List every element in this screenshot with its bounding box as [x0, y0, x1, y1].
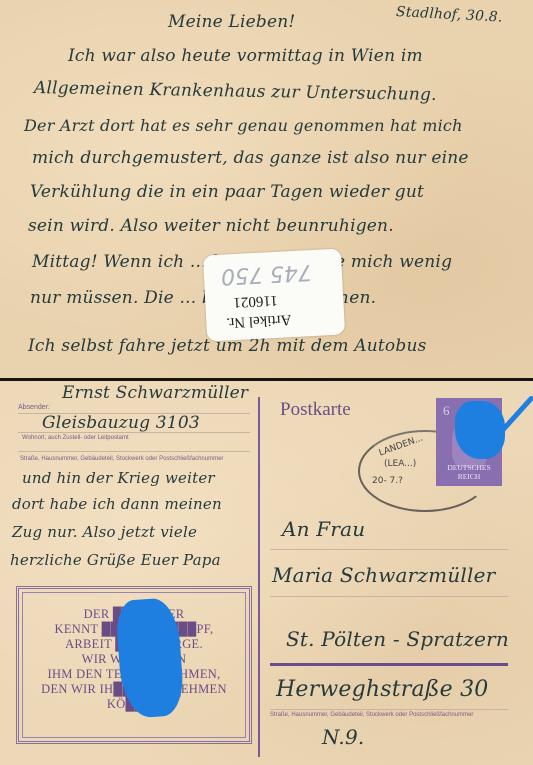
recipient-street-caption: Straße, Hausnummer, Gebäudeteil, Stockwe… [270, 712, 473, 718]
sender-name: Ernst Schwarzmüller [62, 383, 248, 403]
sender-street-caption: Straße, Hausnummer, Gebäudeteil, Stockwe… [20, 456, 223, 462]
sender-label: Absender: [18, 404, 50, 411]
redaction-mark [455, 401, 505, 459]
recipient-line4: Herweghstraße 30 [276, 677, 489, 702]
message-line: Zug nur. Also jetzt viele [12, 523, 197, 541]
sender-place-caption: Wohnort, auch Zustell- oder Leitpostamt [22, 435, 129, 441]
recipient-line3: St. Pölten - Spratzern [286, 627, 509, 651]
postmark-date: 20- 7.? [372, 476, 403, 486]
article-sticker: Artikel Nr. 116021 745 750 [203, 248, 345, 341]
message-line: dort habe ich dann meinen [12, 495, 222, 513]
letter-line: Der Arzt dort hat es sehr genau genommen… [24, 116, 463, 135]
sender-rule [18, 432, 250, 433]
stamp-value: 6 [443, 403, 450, 419]
letter-line: Verkühlung die in ein paar Tagen wieder … [30, 182, 424, 202]
address-rule [270, 549, 508, 550]
letter-line: sein wird. Also weiter nicht beunruhigen… [28, 216, 394, 236]
letter-line: Ich war also heute vormittag in Wien im [68, 46, 423, 66]
article-number: 116021 [233, 291, 278, 310]
sender-place: Gleisbauzug 3103 [42, 413, 200, 433]
recipient-line5: N.9. [322, 725, 364, 749]
pencil-note: 745 750 [220, 259, 312, 289]
stamp-country: DEUTSCHES REICH [436, 463, 502, 481]
letter-line: Allgemeinen Krankenhaus zur Untersuchung… [34, 78, 437, 105]
salutation: Meine Lieben! [168, 12, 295, 32]
sender-rule [18, 451, 250, 452]
place-date: Stadlhof, 30.8. [396, 4, 503, 26]
postcard-address-side: Absender: Ernst Schwarzmüller Gleisbauzu… [0, 381, 533, 765]
article-label: Artikel Nr. [226, 310, 292, 330]
address-thick-rule [270, 663, 508, 666]
divider-line [258, 397, 260, 757]
address-rule [270, 596, 508, 597]
postmark-line2: (LEA...) [384, 459, 416, 469]
recipient-line2: Maria Schwarzmüller [272, 563, 495, 587]
message-line: herzliche Grüße Euer Papa [10, 551, 221, 569]
address-rule [270, 709, 508, 710]
postkarte-title: Postkarte [280, 399, 351, 421]
postcard-message-side: Stadlhof, 30.8. Meine Lieben! Ich war al… [0, 0, 533, 378]
slogan-box: DER ██████ER KENNT █████ █████PF, ARBEIT… [16, 586, 252, 744]
message-line: und hin der Krieg weiter [22, 469, 215, 487]
letter-line: mich durchgemustert, das ganze ist also … [32, 148, 469, 168]
recipient-line1: An Frau [282, 517, 365, 541]
